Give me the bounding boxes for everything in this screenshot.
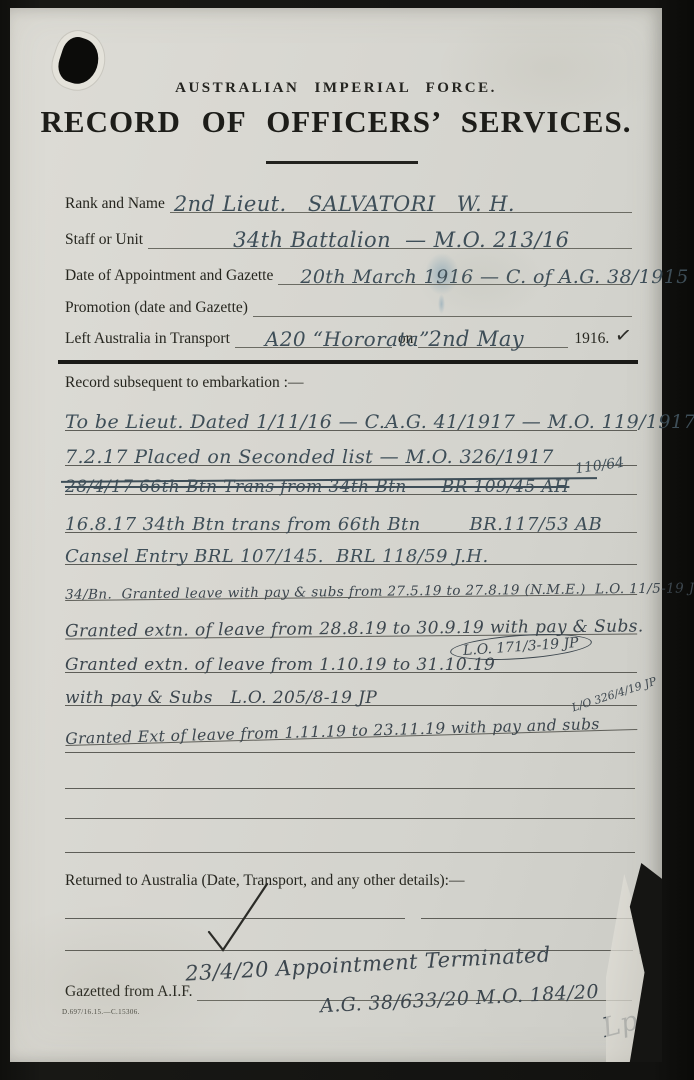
returned-line-1 [65, 892, 637, 918]
field-unit-label: Staff or Unit [65, 231, 143, 249]
field-unit: Staff or Unit 34th Battalion — M.O. 213/… [65, 222, 632, 249]
field-rank-label: Rank and Name [65, 195, 165, 213]
field-promotion-line [253, 290, 632, 317]
record-line-text: 7.2.17 Placed on Seconded list — M.O. 32… [65, 446, 554, 468]
field-transport-line: A20 “Hororata” [235, 321, 392, 348]
field-unit-value: 34th Battalion — M.O. 213/16 [233, 228, 569, 252]
gazetted-label: Gazetted from A.I.F. [65, 983, 192, 1001]
document-page: AUSTRALIAN IMPERIAL FORCE. RECORD OF OFF… [10, 8, 662, 1062]
page-title: RECORD OF OFFICERS’ SERVICES. [10, 104, 662, 140]
ruled-line [65, 852, 635, 853]
field-transport: Left Australia in Transport A20 “Hororat… [65, 321, 632, 348]
record-line: 34/Bn. Granted leave with pay & subs fro… [65, 565, 637, 601]
field-promotion-label: Promotion (date and Gazette) [65, 299, 248, 317]
field-appointment-line: 20th March 1916 — C. of A.G. 38/1915 [278, 258, 632, 285]
field-rank-line: 2nd Lieut. SALVATORI W. H. [170, 186, 632, 213]
field-appointment: Date of Appointment and Gazette 20th Mar… [65, 258, 632, 285]
field-transport-label: Left Australia in Transport [65, 330, 230, 348]
record-line: 7.2.17 Placed on Seconded list — M.O. 32… [65, 432, 637, 466]
record-line-text: 28/4/17 66th Btn Trans from 34th Btn BR … [65, 477, 569, 497]
field-transport-value: A20 “Hororata” [265, 327, 430, 351]
record-line: 16.8.17 34th Btn trans from 66th Btn BR.… [65, 498, 637, 533]
field-transport-date: 2nd May [428, 327, 524, 351]
record-line: Cansel Entry BRL 107/145. BRL 118/59 J.H… [65, 534, 637, 565]
field-transport-date-line: 2nd May [418, 321, 568, 348]
record-line-text: Granted extn. of leave from 1.10.19 to 3… [65, 655, 495, 675]
field-rank-value: 2nd Lieut. SALVATORI W. H. [174, 192, 515, 216]
title-rule [266, 161, 418, 164]
form-print-code: D.697/16.15.—C.15306. [62, 1008, 140, 1016]
ruled-line [65, 788, 635, 789]
record-line-text: 16.8.17 34th Btn trans from 66th Btn BR.… [65, 514, 602, 535]
large-checkmark-icon [205, 880, 277, 958]
record-line-struck: 28/4/17 66th Btn Trans from 34th Btn BR … [65, 466, 637, 495]
org-header: AUSTRALIAN IMPERIAL FORCE. [10, 80, 662, 97]
field-appointment-value: 20th March 1916 — C. of A.G. 38/1915 [300, 266, 688, 288]
checkmark-icon: ✓ [614, 322, 634, 349]
field-promotion: Promotion (date and Gazette) [65, 290, 632, 317]
record-line-text: with pay & Subs L.O. 205/8-19 JP [65, 688, 377, 708]
record-line: with pay & Subs L.O. 205/8-19 JP [65, 674, 637, 706]
record-line-text: Granted Ext of leave from 1.11.19 to 23.… [65, 715, 600, 748]
field-rank-name: Rank and Name 2nd Lieut. SALVATORI W. H. [65, 186, 632, 213]
field-transport-year: 1916. [574, 330, 609, 348]
record-heading: Record subsequent to embarkation :— [65, 374, 303, 392]
section-divider [58, 360, 638, 364]
record-line-text: Cansel Entry BRL 107/145. BRL 118/59 J.H… [65, 546, 489, 567]
field-unit-line: 34th Battalion — M.O. 213/16 [148, 222, 632, 249]
ruled-line-segment [421, 892, 637, 919]
record-line-text: To be Lieut. Dated 1/11/16 — C.A.G. 41/1… [65, 411, 694, 433]
record-line: To be Lieut. Dated 1/11/16 — C.A.G. 41/1… [65, 396, 637, 431]
ruled-line [65, 818, 635, 819]
ruled-line [65, 752, 635, 753]
field-appointment-label: Date of Appointment and Gazette [65, 267, 273, 285]
